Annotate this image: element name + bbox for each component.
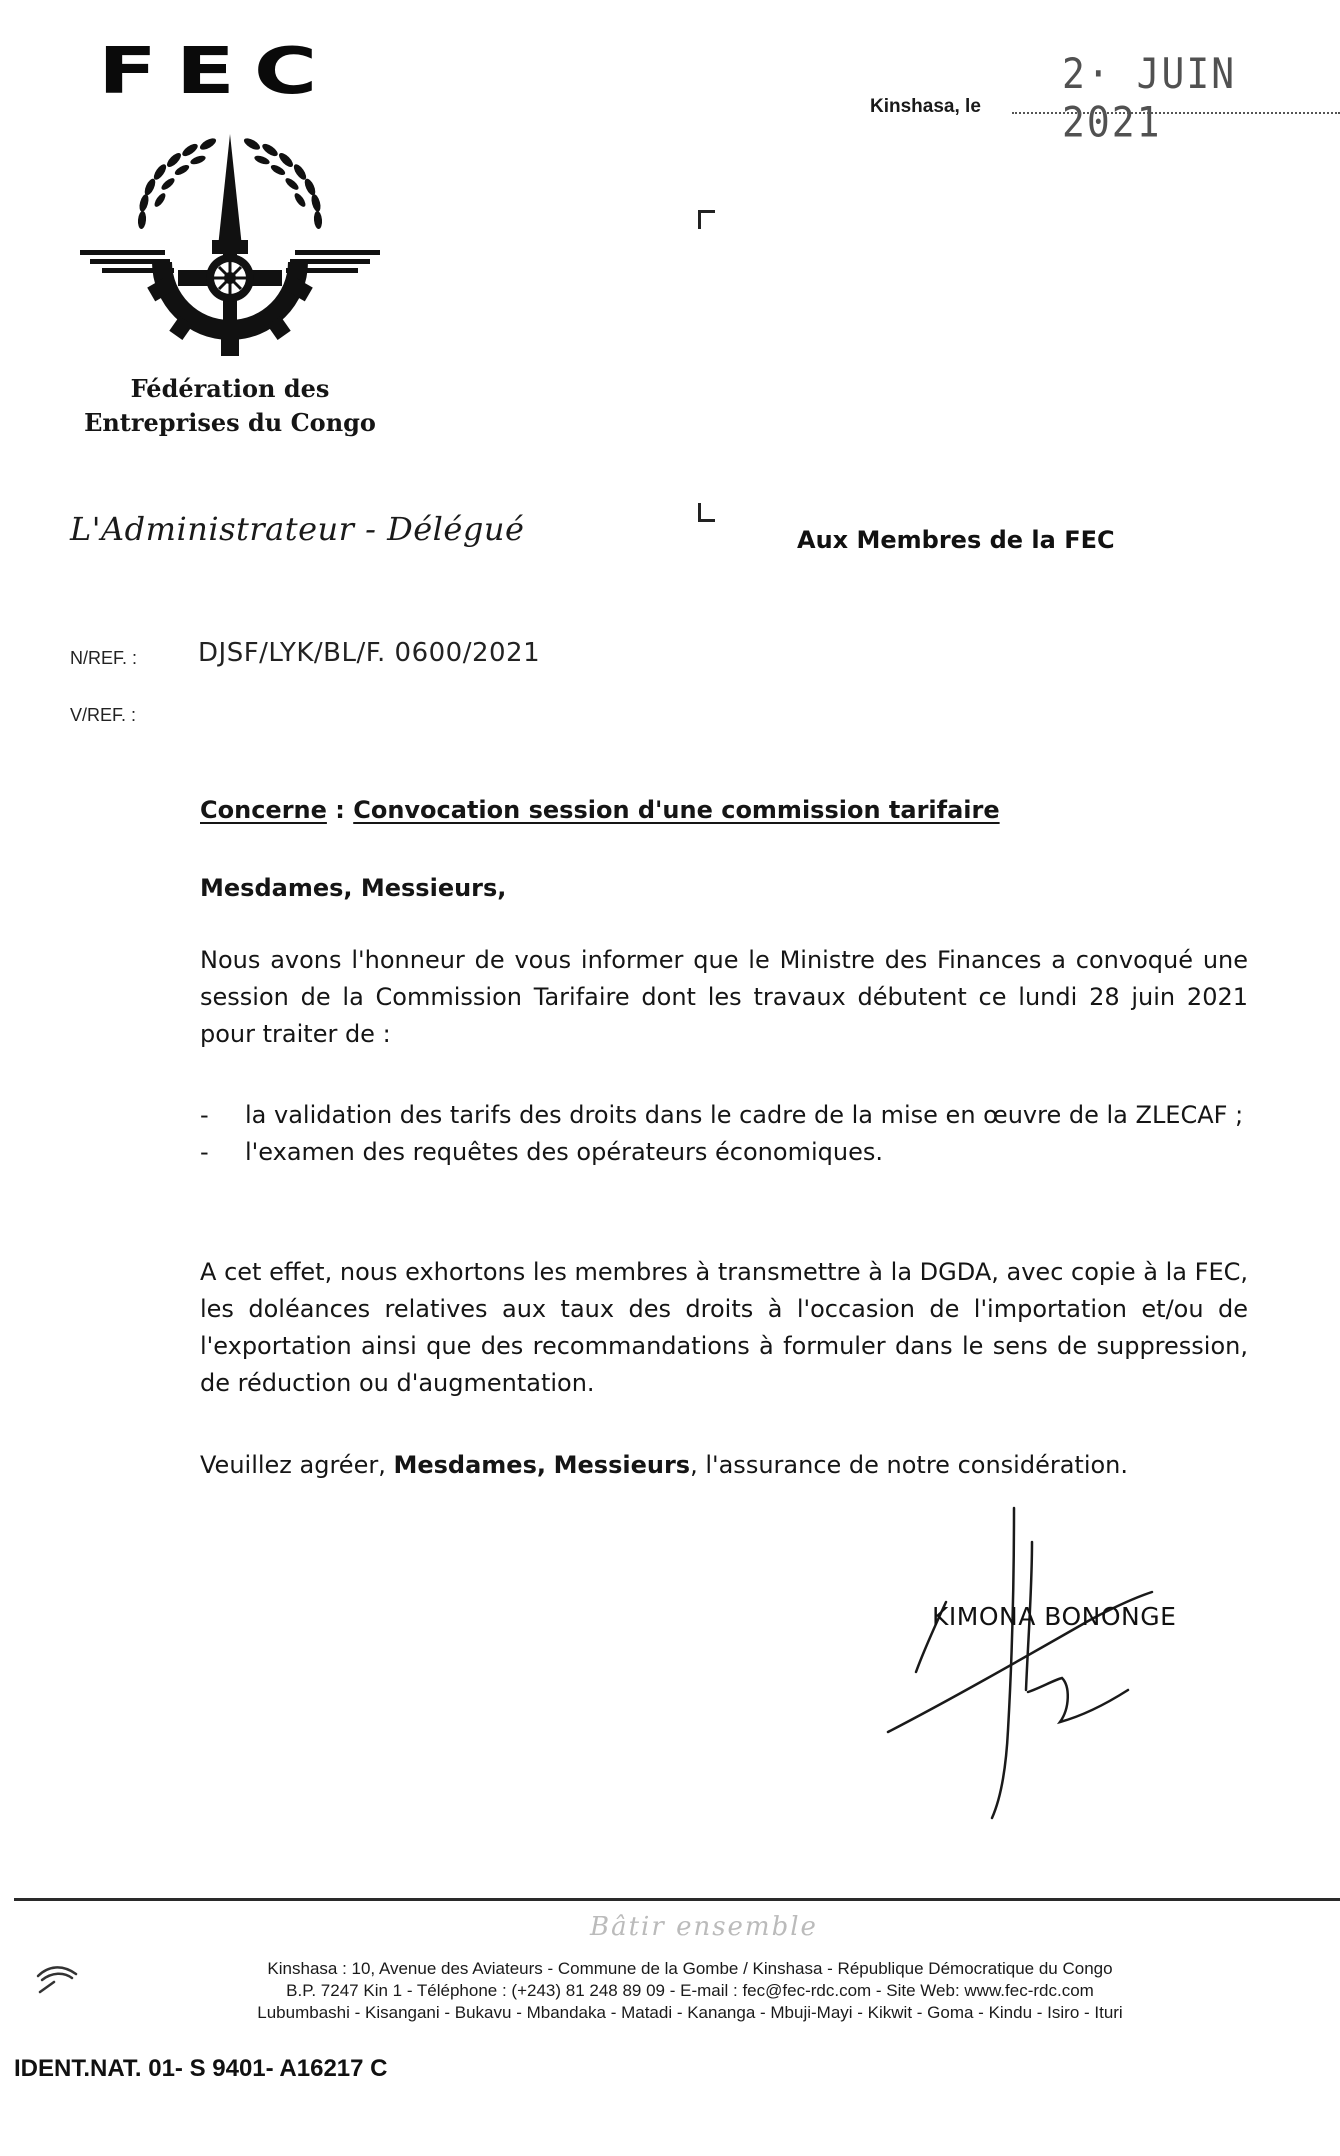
- closing-suffix: , l'assurance de notre considération.: [690, 1451, 1128, 1479]
- address-corner-mark-top: [698, 210, 715, 229]
- agenda-list: la validation des tarifs des droits dans…: [200, 1097, 1248, 1171]
- footer-motto: Bâtir ensemble: [590, 1912, 818, 1942]
- footer-divider: [14, 1898, 1340, 1901]
- footer-address: Kinshasa : 10, Avenue des Aviateurs - Co…: [140, 1958, 1240, 2024]
- sender-title: L'Administrateur - Délégué: [70, 510, 524, 548]
- footer-address-line2: B.P. 7247 Kin 1 - Téléphone : (+243) 81 …: [140, 1980, 1240, 2002]
- agenda-item: la validation des tarifs des droits dans…: [200, 1097, 1248, 1134]
- subject-label: Concerne: [200, 796, 327, 824]
- signer-name: KIMONA BONONGE: [932, 1602, 1176, 1631]
- our-reference-label: N/REF. :: [70, 648, 137, 669]
- salutation: Mesdames, Messieurs,: [200, 870, 1248, 907]
- paragraph-request: A cet effet, nous exhortons les membres …: [200, 1254, 1248, 1402]
- organization-name: Fédération des Entreprises du Congo: [60, 372, 400, 440]
- handwritten-signature-icon: [860, 1500, 1240, 1830]
- closing-formula: Veuillez agréer, Mesdames, Messieurs, l'…: [200, 1447, 1248, 1484]
- recipient: Aux Membres de la FEC: [797, 526, 1115, 554]
- your-reference-label: V/REF. :: [70, 705, 136, 726]
- organization-name-line2: Entreprises du Congo: [60, 406, 400, 440]
- subject-text: Convocation session d'une commission tar…: [353, 796, 999, 824]
- closing-prefix: Veuillez agréer,: [200, 1451, 393, 1479]
- closing-bold-2: Messieurs: [554, 1451, 690, 1479]
- national-id: IDENT.NAT. 01- S 9401- A16217 C: [14, 2055, 388, 2083]
- fec-emblem-icon: [80, 132, 380, 368]
- agenda-item: l'examen des requêtes des opérateurs éco…: [200, 1134, 1248, 1171]
- date-stamp: 2· JUIN 2021: [1062, 50, 1340, 147]
- our-reference-value: DJSF/LYK/BL/F. 0600/2021: [198, 638, 540, 668]
- subject-separator: :: [335, 796, 345, 824]
- organization-name-line1: Fédération des: [60, 372, 400, 406]
- address-corner-mark-bottom: [698, 503, 715, 522]
- closing-space: [546, 1451, 554, 1479]
- fec-acronym: FEC: [98, 40, 336, 104]
- closing-bold-1: Mesdames,: [393, 1451, 546, 1479]
- footer-address-line1: Kinshasa : 10, Avenue des Aviateurs - Co…: [140, 1958, 1240, 1980]
- paragraph-intro: Nous avons l'honneur de vous informer qu…: [200, 942, 1248, 1053]
- date-dotted-line: [1012, 112, 1340, 114]
- subject-line: Concerne : Convocation session d'une com…: [200, 792, 1248, 829]
- place-label: Kinshasa, le: [870, 96, 981, 118]
- footer-wing-mark-icon: [32, 1958, 82, 1998]
- footer-address-line3: Lubumbashi - Kisangani - Bukavu - Mbanda…: [140, 2002, 1240, 2024]
